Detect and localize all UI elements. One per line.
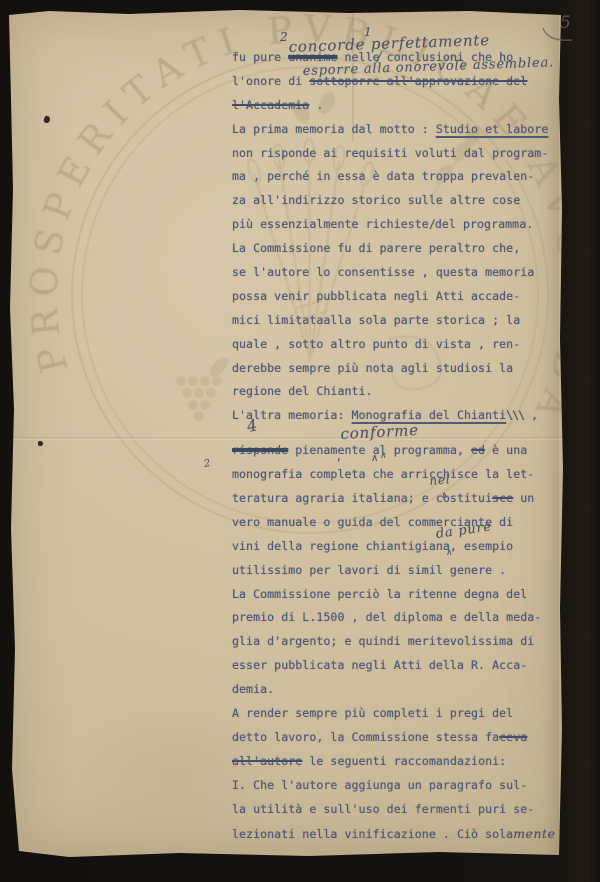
struck-text: l'Accademia <box>232 98 309 112</box>
typed-text: nelle conclusioni che ho <box>337 50 513 64</box>
typed-text: La Commissione perciò la ritenne degna d… <box>232 587 527 601</box>
typed-text: detto lavoro, la Commissione stessa fa <box>232 730 499 744</box>
typed-line: premio di L.1500 , del diploma e della m… <box>232 606 555 630</box>
handwritten-insertion: mente <box>513 826 555 841</box>
typed-text: la utilità e sull'uso dei fermenti puri … <box>232 802 534 816</box>
ink-speck <box>38 441 43 446</box>
typed-line: vini della regione chiantigiana, esempio <box>232 535 555 559</box>
grape-cluster-watermark <box>176 354 231 421</box>
typed-line: A render sempre più completi i pregi del <box>232 702 555 726</box>
struck-text: unanime <box>288 50 337 64</box>
struck-text: ceva <box>499 730 527 744</box>
underlined-text: Studio et labore <box>436 122 548 136</box>
typed-line: vero manuale o guida del commerciante di <box>232 511 555 535</box>
typed-text: I. Che l'autore aggiunga un paragrafo su… <box>232 778 527 792</box>
typed-text: ma , perché in essa è data troppa preval… <box>232 169 534 183</box>
typed-text: premio di L.1500 , del diploma e della m… <box>232 610 541 624</box>
typed-text: vero manuale o guida del commerciante di <box>232 515 513 529</box>
struck-text: sottoporre all'approvazione del <box>309 74 527 88</box>
typed-text: possa venir pubblicata negli Atti accade… <box>232 289 520 303</box>
typed-line: demia. <box>232 678 555 702</box>
typed-line: za all'indirizzo storico sulle altre cos… <box>232 189 555 213</box>
typed-text: le seguenti raccomandazioni: <box>302 754 506 768</box>
typed-text: pienamente al programma, <box>288 443 471 457</box>
typed-text: , <box>524 408 538 422</box>
struck-text: sce <box>492 491 513 505</box>
typed-line: monografia completa che arricchisce la l… <box>232 463 555 487</box>
typed-text: non risponde ai requisiti voluti dal pro… <box>232 146 548 160</box>
typed-text: za all'indirizzo storico sulle altre cos… <box>232 193 520 207</box>
underlined-text: Monografia del Chianti <box>352 408 507 422</box>
typed-line: teratura agraria italiana; e costituisce… <box>232 487 555 511</box>
typed-line: ma , perché in essa è data troppa preval… <box>232 165 555 189</box>
typed-line: quale , sotto altro punto di vista , ren… <box>232 333 555 357</box>
typed-text: un <box>513 491 534 505</box>
typed-text: La Commissione fu di parere peraltro che… <box>232 241 520 255</box>
correction-mark: \\\ <box>506 408 524 422</box>
typed-text: più essenzialmente richieste <box>232 217 429 231</box>
typed-text: l'onore di <box>232 74 309 88</box>
typed-line: La Commissione fu di parere peraltro che… <box>232 237 555 261</box>
typed-line: l'Accademia . <box>232 94 555 118</box>
typed-line: fu pure unanime nelle conclusioni che ho <box>232 46 555 70</box>
typed-text: . <box>309 98 323 112</box>
typed-text: derebbe sempre più nota agli studiosi la <box>232 361 513 375</box>
typed-text: quale , sotto altro punto di vista , ren… <box>232 337 520 351</box>
typed-line: più essenzialmente richieste∕del program… <box>232 213 555 237</box>
typed-line: possa venir pubblicata negli Atti accade… <box>232 285 555 309</box>
typed-line: risponde pienamente al programma, ed è u… <box>232 439 555 463</box>
typed-line: La prima memoria dal motto : Studio et l… <box>232 118 555 142</box>
typed-text: A render sempre più completi i pregi del <box>232 706 513 720</box>
typed-text: fu pure <box>232 50 288 64</box>
typed-line: all'autore le seguenti raccomandazioni: <box>232 750 555 774</box>
typed-line: glia d'argento; e quindi meritevolissima… <box>232 630 555 654</box>
typed-text: regione del Chianti. <box>232 384 373 398</box>
typed-text: del programma. <box>435 217 533 231</box>
typed-line: L'altra memoria: Monografia del Chianti\… <box>232 404 555 428</box>
typed-line: detto lavoro, la Commissione stessa face… <box>232 726 555 750</box>
typed-line: La Commissione perciò la ritenne degna d… <box>232 583 555 607</box>
typed-line: l'onore di sottoporre all'approvazione d… <box>232 70 555 94</box>
typed-text: monografia completa che arricchisce la l… <box>232 467 534 481</box>
typed-text: teratura agraria italiana; e costitui <box>232 491 492 505</box>
typed-line: esser pubblicata negli Atti della R. Acc… <box>232 654 555 678</box>
typed-text: mici limitataalla sola parte storica ; l… <box>232 313 520 327</box>
typed-text: è una <box>485 443 527 457</box>
typed-line: derebbe sempre più nota agli studiosi la <box>232 357 555 381</box>
page-number-flourish <box>535 10 595 55</box>
typed-text-block: fu pure unanime nelle conclusioni che ho… <box>232 46 555 845</box>
typed-line: se l'autore lo consentisse , questa memo… <box>232 261 555 285</box>
typed-text: L'altra memoria: <box>232 408 352 422</box>
struck-text: risponde <box>232 443 288 457</box>
typed-line: mici limitataalla sola parte storica ; l… <box>232 309 555 333</box>
scanned-document-page: PROSPERITATI PVBLICAE AVGENDAE <box>0 0 600 882</box>
typed-line: I. Che l'autore aggiunga un paragrafo su… <box>232 774 555 798</box>
struck-text: all'autore <box>232 754 302 768</box>
typed-text: glia d'argento; e quindi meritevolissima… <box>232 634 534 648</box>
typed-text: demia. <box>232 682 274 696</box>
typed-line: lezionati nella vinificazione . Ciò sola… <box>232 822 555 846</box>
typed-text: esser pubblicata negli Atti della R. Acc… <box>232 658 527 672</box>
typed-line: non risponde ai requisiti voluti dal pro… <box>232 142 555 166</box>
struck-text: ed <box>471 443 485 457</box>
typed-text: lezionati nella vinificazione . Ciò sola <box>232 827 513 841</box>
typed-line: la utilità e sull'uso dei fermenti puri … <box>232 798 555 822</box>
typed-text: utilissimo per lavori di simil genere . <box>232 563 506 577</box>
typed-text: se l'autore lo consentisse , questa memo… <box>232 265 534 279</box>
typed-text: La prima memoria dal motto : <box>232 122 436 136</box>
typed-line: regione del Chianti. <box>232 380 555 404</box>
typed-line: utilissimo per lavori di simil genere . <box>232 559 555 583</box>
typed-text: vini della regione chiantigiana, esempio <box>232 539 513 553</box>
